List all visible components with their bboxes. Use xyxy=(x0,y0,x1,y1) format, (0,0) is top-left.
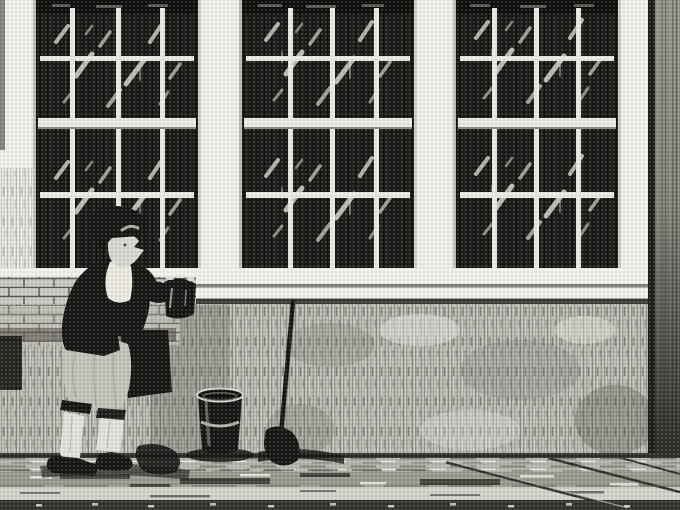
pot-body xyxy=(164,278,196,318)
cravat xyxy=(105,261,132,303)
pilaster-edge-4 xyxy=(414,0,417,268)
pilaster-edge-1 xyxy=(33,0,36,268)
engraving-scene xyxy=(0,0,680,510)
window-middle xyxy=(242,0,414,268)
pilaster-edge-5 xyxy=(453,0,456,268)
window-right xyxy=(456,0,618,268)
pilaster-edge-6 xyxy=(618,0,621,268)
pot-glint-2 xyxy=(185,290,186,306)
pilaster-edge-3 xyxy=(239,0,242,268)
pot xyxy=(164,274,196,319)
pilaster-left-texture xyxy=(0,168,36,268)
pilaster-edge-2 xyxy=(198,0,201,268)
corner xyxy=(648,0,680,457)
dark-recess xyxy=(0,336,22,390)
eye xyxy=(124,244,127,247)
left-edge-shadow xyxy=(0,0,5,150)
